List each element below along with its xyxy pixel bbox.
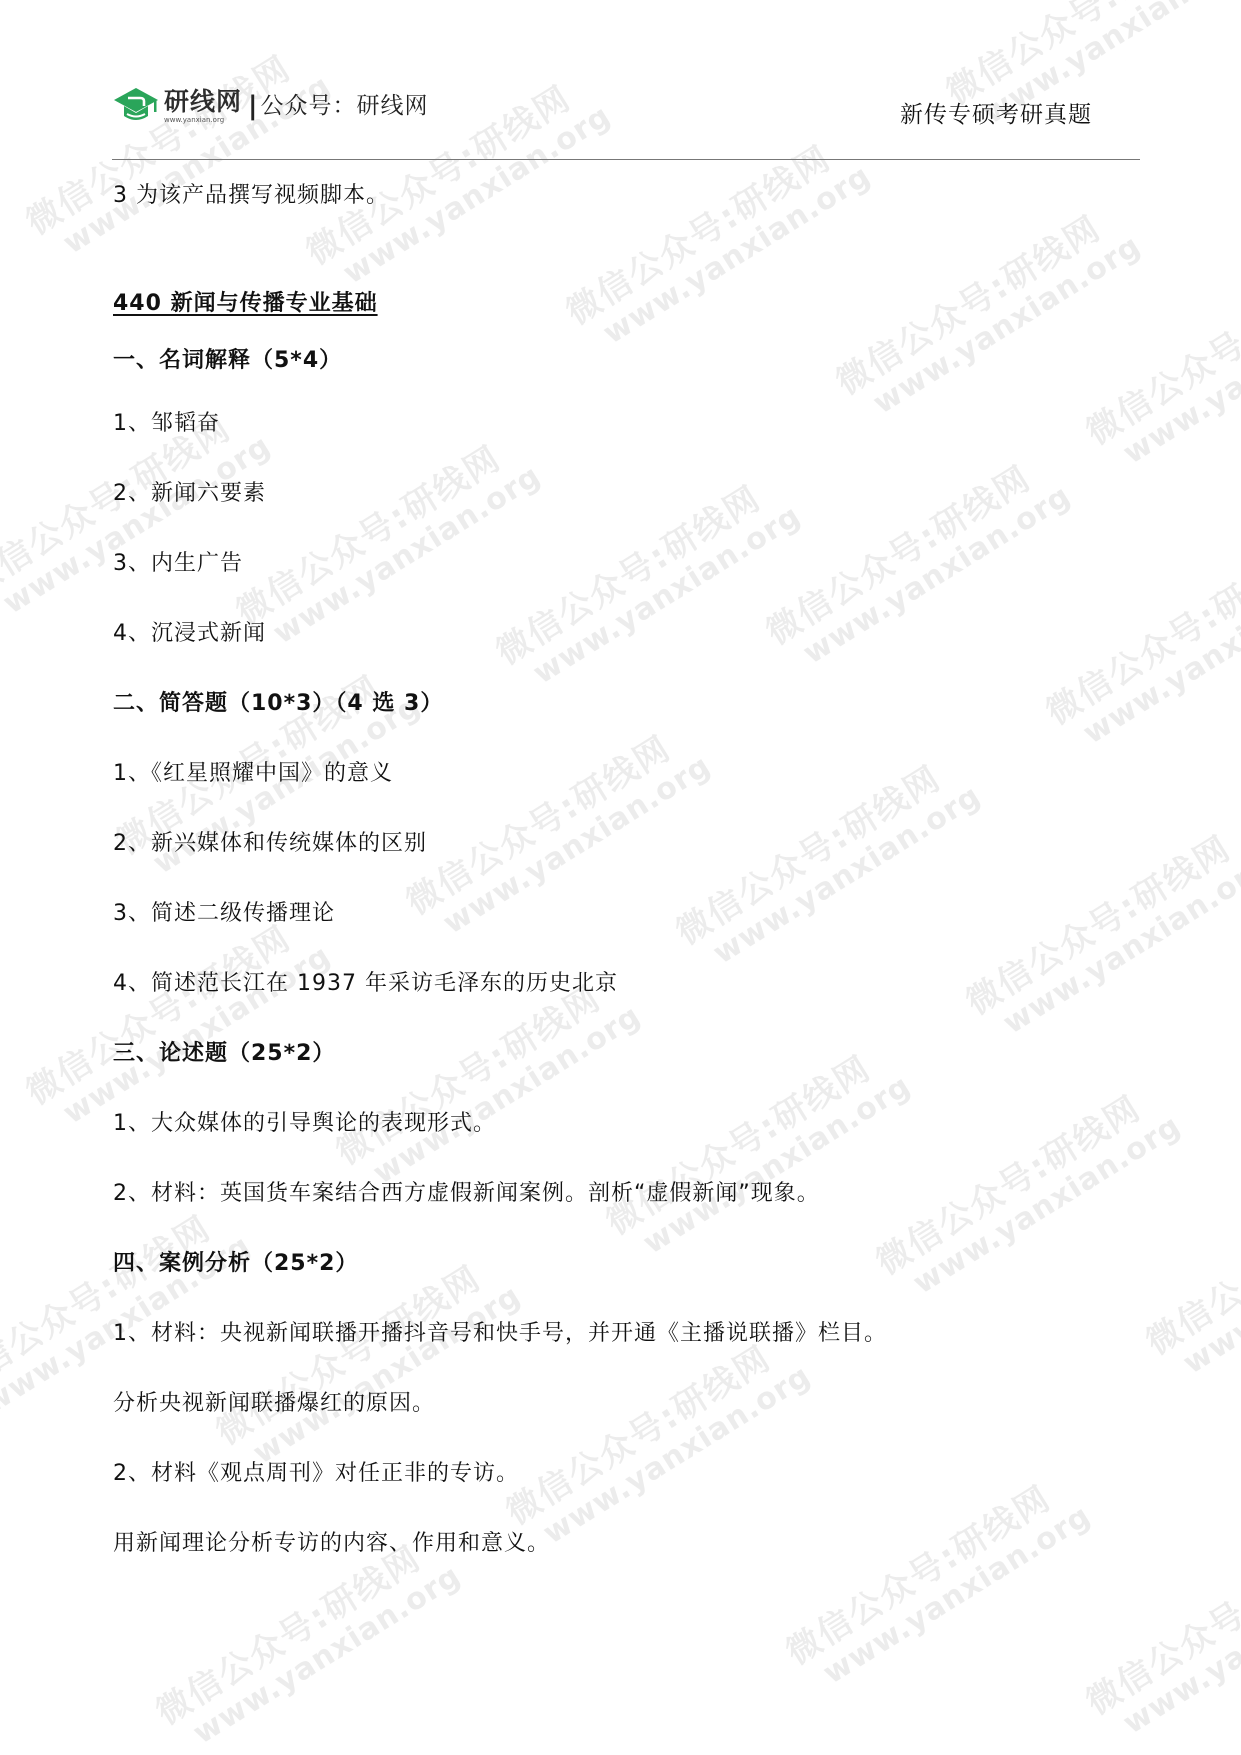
watermark: 微信公众号:研线网www.yanxian.org	[870, 1076, 1187, 1312]
section-title: 一、名词解释（5*4）	[113, 343, 342, 374]
watermark: 微信公众号:研线网www.yanxian.org	[150, 1526, 467, 1755]
question-item: 2、材料：英国货车案结合西方虚假新闻案例。剖析“虚假新闻”现象。	[113, 1176, 820, 1207]
watermark: 微信公众号:研线网www.yanxian.org	[400, 716, 717, 952]
question-item: 用新闻理论分析专访的内容、作用和意义。	[113, 1526, 550, 1557]
watermark: 微信公众号:研线网www.yanxian.org	[330, 966, 647, 1202]
question-item: 2、新兴媒体和传统媒体的区别	[113, 826, 427, 857]
watermark-layer: 微信公众号:研线网www.yanxian.org 微信公众号:研线网www.ya…	[0, 0, 1241, 1755]
section-title: 四、案例分析（25*2）	[113, 1246, 358, 1277]
watermark: 微信公众号:研线网www.yanxian.org	[210, 1246, 527, 1482]
document-title: 新传专硕考研真题	[900, 96, 1092, 129]
question-item: 3、内生广告	[113, 546, 243, 577]
site-logo: 研线网 www.yanxian.org | 公众号：研线网	[112, 86, 429, 126]
exam-title: 440 新闻与传播专业基础	[113, 286, 378, 317]
logo-url: www.yanxian.org	[164, 116, 242, 124]
question-item: 1、《红星照耀中国》的意义	[113, 756, 393, 787]
header-separator: |	[248, 93, 258, 119]
question-item: 分析央视新闻联播爆红的原因。	[113, 1386, 435, 1417]
question-item: 1、材料：央视新闻联播开播抖音号和快手号，并开通《主播说联播》栏目。	[113, 1316, 887, 1347]
question-item: 4、简述范长江在 1937 年采访毛泽东的历史北京	[113, 966, 618, 997]
watermark: 微信公众号:研线网www.yanxian.org	[780, 1466, 1097, 1702]
section-title: 二、简答题（10*3）（4 选 3）	[113, 686, 443, 717]
watermark: 微信公众号:研线网www.yanxian.org	[1040, 526, 1241, 762]
header-divider	[112, 159, 1140, 160]
watermark: 微信公众号:研线网www.yanxian.org	[230, 426, 547, 662]
section-title: 三、论述题（25*2）	[113, 1036, 335, 1067]
logo-name: 研线网	[164, 89, 242, 115]
question-item: 3、简述二级传播理论	[113, 896, 335, 927]
question-item: 1、大众媒体的引导舆论的表现形式。	[113, 1106, 496, 1137]
watermark: 微信公众号:研线网www.yanxian.org	[1080, 246, 1241, 482]
watermark: 微信公众号:研线网www.yanxian.org	[560, 126, 877, 362]
watermark: 微信公众号:研线网www.yanxian.org	[830, 196, 1147, 432]
watermark: 微信公众号:研线网www.yanxian.org	[1140, 1156, 1241, 1392]
watermark: 微信公众号:研线网www.yanxian.org	[960, 816, 1241, 1052]
watermark: 微信公众号:研线网www.yanxian.org	[490, 466, 807, 702]
question-item: 2、材料《观点周刊》对任正非的专访。	[113, 1456, 519, 1487]
question-item: 2、新闻六要素	[113, 476, 266, 507]
watermark: 微信公众号:研线网www.yanxian.org	[760, 446, 1077, 682]
account-label: 公众号：研线网	[261, 93, 429, 119]
page-header: 研线网 www.yanxian.org | 公众号：研线网 新传专硕考研真题	[112, 80, 1140, 160]
watermark: 微信公众号:研线网www.yanxian.org	[670, 746, 987, 982]
question-item: 1、邹韬奋	[113, 406, 220, 437]
watermark: 微信公众号:研线网www.yanxian.org	[1080, 1516, 1241, 1752]
intro-line: 3 为该产品撰写视频脚本。	[113, 178, 389, 209]
question-item: 4、沉浸式新闻	[113, 616, 266, 647]
graduation-cap-icon	[112, 86, 160, 126]
watermark: 微信公众号:研线网www.yanxian.org	[600, 1036, 917, 1272]
